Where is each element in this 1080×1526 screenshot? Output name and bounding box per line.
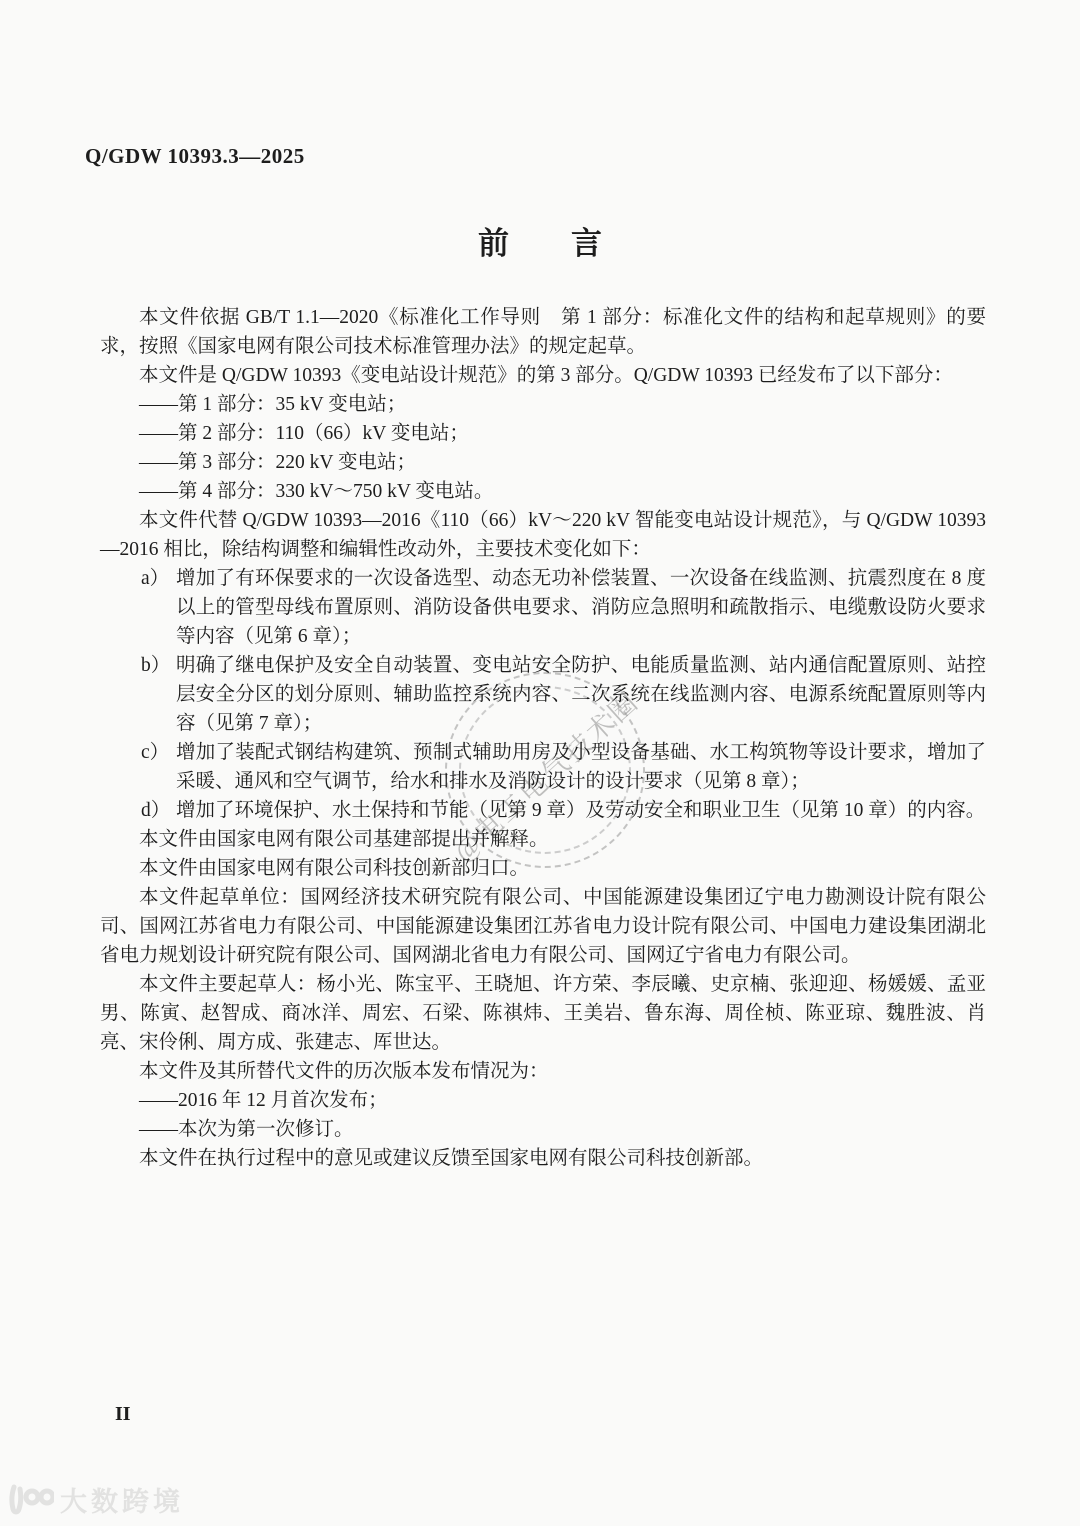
paragraph: 本文件主要起草人：杨小光、陈宝平、王晓旭、许方荣、李辰曦、史京楠、张迎迎、杨媛媛… xyxy=(100,970,986,1057)
dashu-kuajing-logo-icon xyxy=(8,1483,54,1517)
list-item-label: c） xyxy=(141,738,169,767)
document-page: Q/GDW 10393.3—2025 前 言 @电工电气技术圈 本文件依据 GB… xyxy=(0,0,1080,1526)
page-title: 前 言 xyxy=(0,218,1080,263)
paragraph: 本文件在执行过程中的意见或建议反馈至国家电网有限公司科技创新部。 xyxy=(100,1144,986,1173)
paragraph: 本文件及其所替代文件的历次版本发布情况为： xyxy=(100,1057,986,1086)
paragraph: 本文件由国家电网有限公司科技创新部归口。 xyxy=(100,854,986,883)
dash-list-item: ——2016 年 12 月首次发布； xyxy=(100,1086,986,1115)
lettered-list-item: a） 增加了有环保要求的一次设备选型、动态无功补偿装置、一次设备在线监测、抗震烈… xyxy=(100,564,986,651)
dash-list-item: ——第 3 部分：220 kV 变电站； xyxy=(100,448,986,477)
doc-number: Q/GDW 10393.3—2025 xyxy=(85,144,305,169)
dash-list-item: ——第 4 部分：330 kV～750 kV 变电站。 xyxy=(100,477,986,506)
dash-list-item: ——本次为第一次修订。 xyxy=(100,1115,986,1144)
paragraph: 本文件是 Q/GDW 10393《变电站设计规范》的第 3 部分。Q/GDW 1… xyxy=(100,361,986,390)
list-item-text: 明确了继电保护及安全自动装置、变电站安全防护、电能质量监测、站内通信配置原则、站… xyxy=(176,655,986,734)
list-item-label: b） xyxy=(141,651,170,680)
lettered-list-item: d） 增加了环境保护、水土保持和节能（见第 9 章）及劳动安全和职业卫生（见第 … xyxy=(100,796,986,825)
corner-watermark: 大数跨境 xyxy=(8,1480,184,1519)
dash-list-item: ——第 2 部分：110（66）kV 变电站； xyxy=(100,419,986,448)
dash-list-item: ——第 1 部分：35 kV 变电站； xyxy=(100,390,986,419)
list-item-label: a） xyxy=(141,564,169,593)
list-item-text: 增加了装配式钢结构建筑、预制式辅助用房及小型设备基础、水工构筑物等设计要求，增加… xyxy=(176,742,986,792)
paragraph: 本文件依据 GB/T 1.1—2020《标准化工作导则 第 1 部分：标准化文件… xyxy=(100,303,986,361)
list-item-text: 增加了环境保护、水土保持和节能（见第 9 章）及劳动安全和职业卫生（见第 10 … xyxy=(176,800,985,821)
lettered-list-item: c） 增加了装配式钢结构建筑、预制式辅助用房及小型设备基础、水工构筑物等设计要求… xyxy=(100,738,986,796)
list-item-label: d） xyxy=(141,796,170,825)
lettered-list-item: b） 明确了继电保护及安全自动装置、变电站安全防护、电能质量监测、站内通信配置原… xyxy=(100,651,986,738)
page-number: II xyxy=(115,1403,131,1426)
paragraph: 本文件代替 Q/GDW 10393—2016《110（66）kV～220 kV … xyxy=(100,506,986,564)
paragraph: 本文件起草单位：国网经济技术研究院有限公司、中国能源建设集团辽宁电力勘测设计院有… xyxy=(100,883,986,970)
list-item-text: 增加了有环保要求的一次设备选型、动态无功补偿装置、一次设备在线监测、抗震烈度在 … xyxy=(176,568,986,647)
corner-watermark-text: 大数跨境 xyxy=(60,1480,184,1519)
document-body: 本文件依据 GB/T 1.1—2020《标准化工作导则 第 1 部分：标准化文件… xyxy=(100,303,986,1173)
paragraph: 本文件由国家电网有限公司基建部提出并解释。 xyxy=(100,825,986,854)
